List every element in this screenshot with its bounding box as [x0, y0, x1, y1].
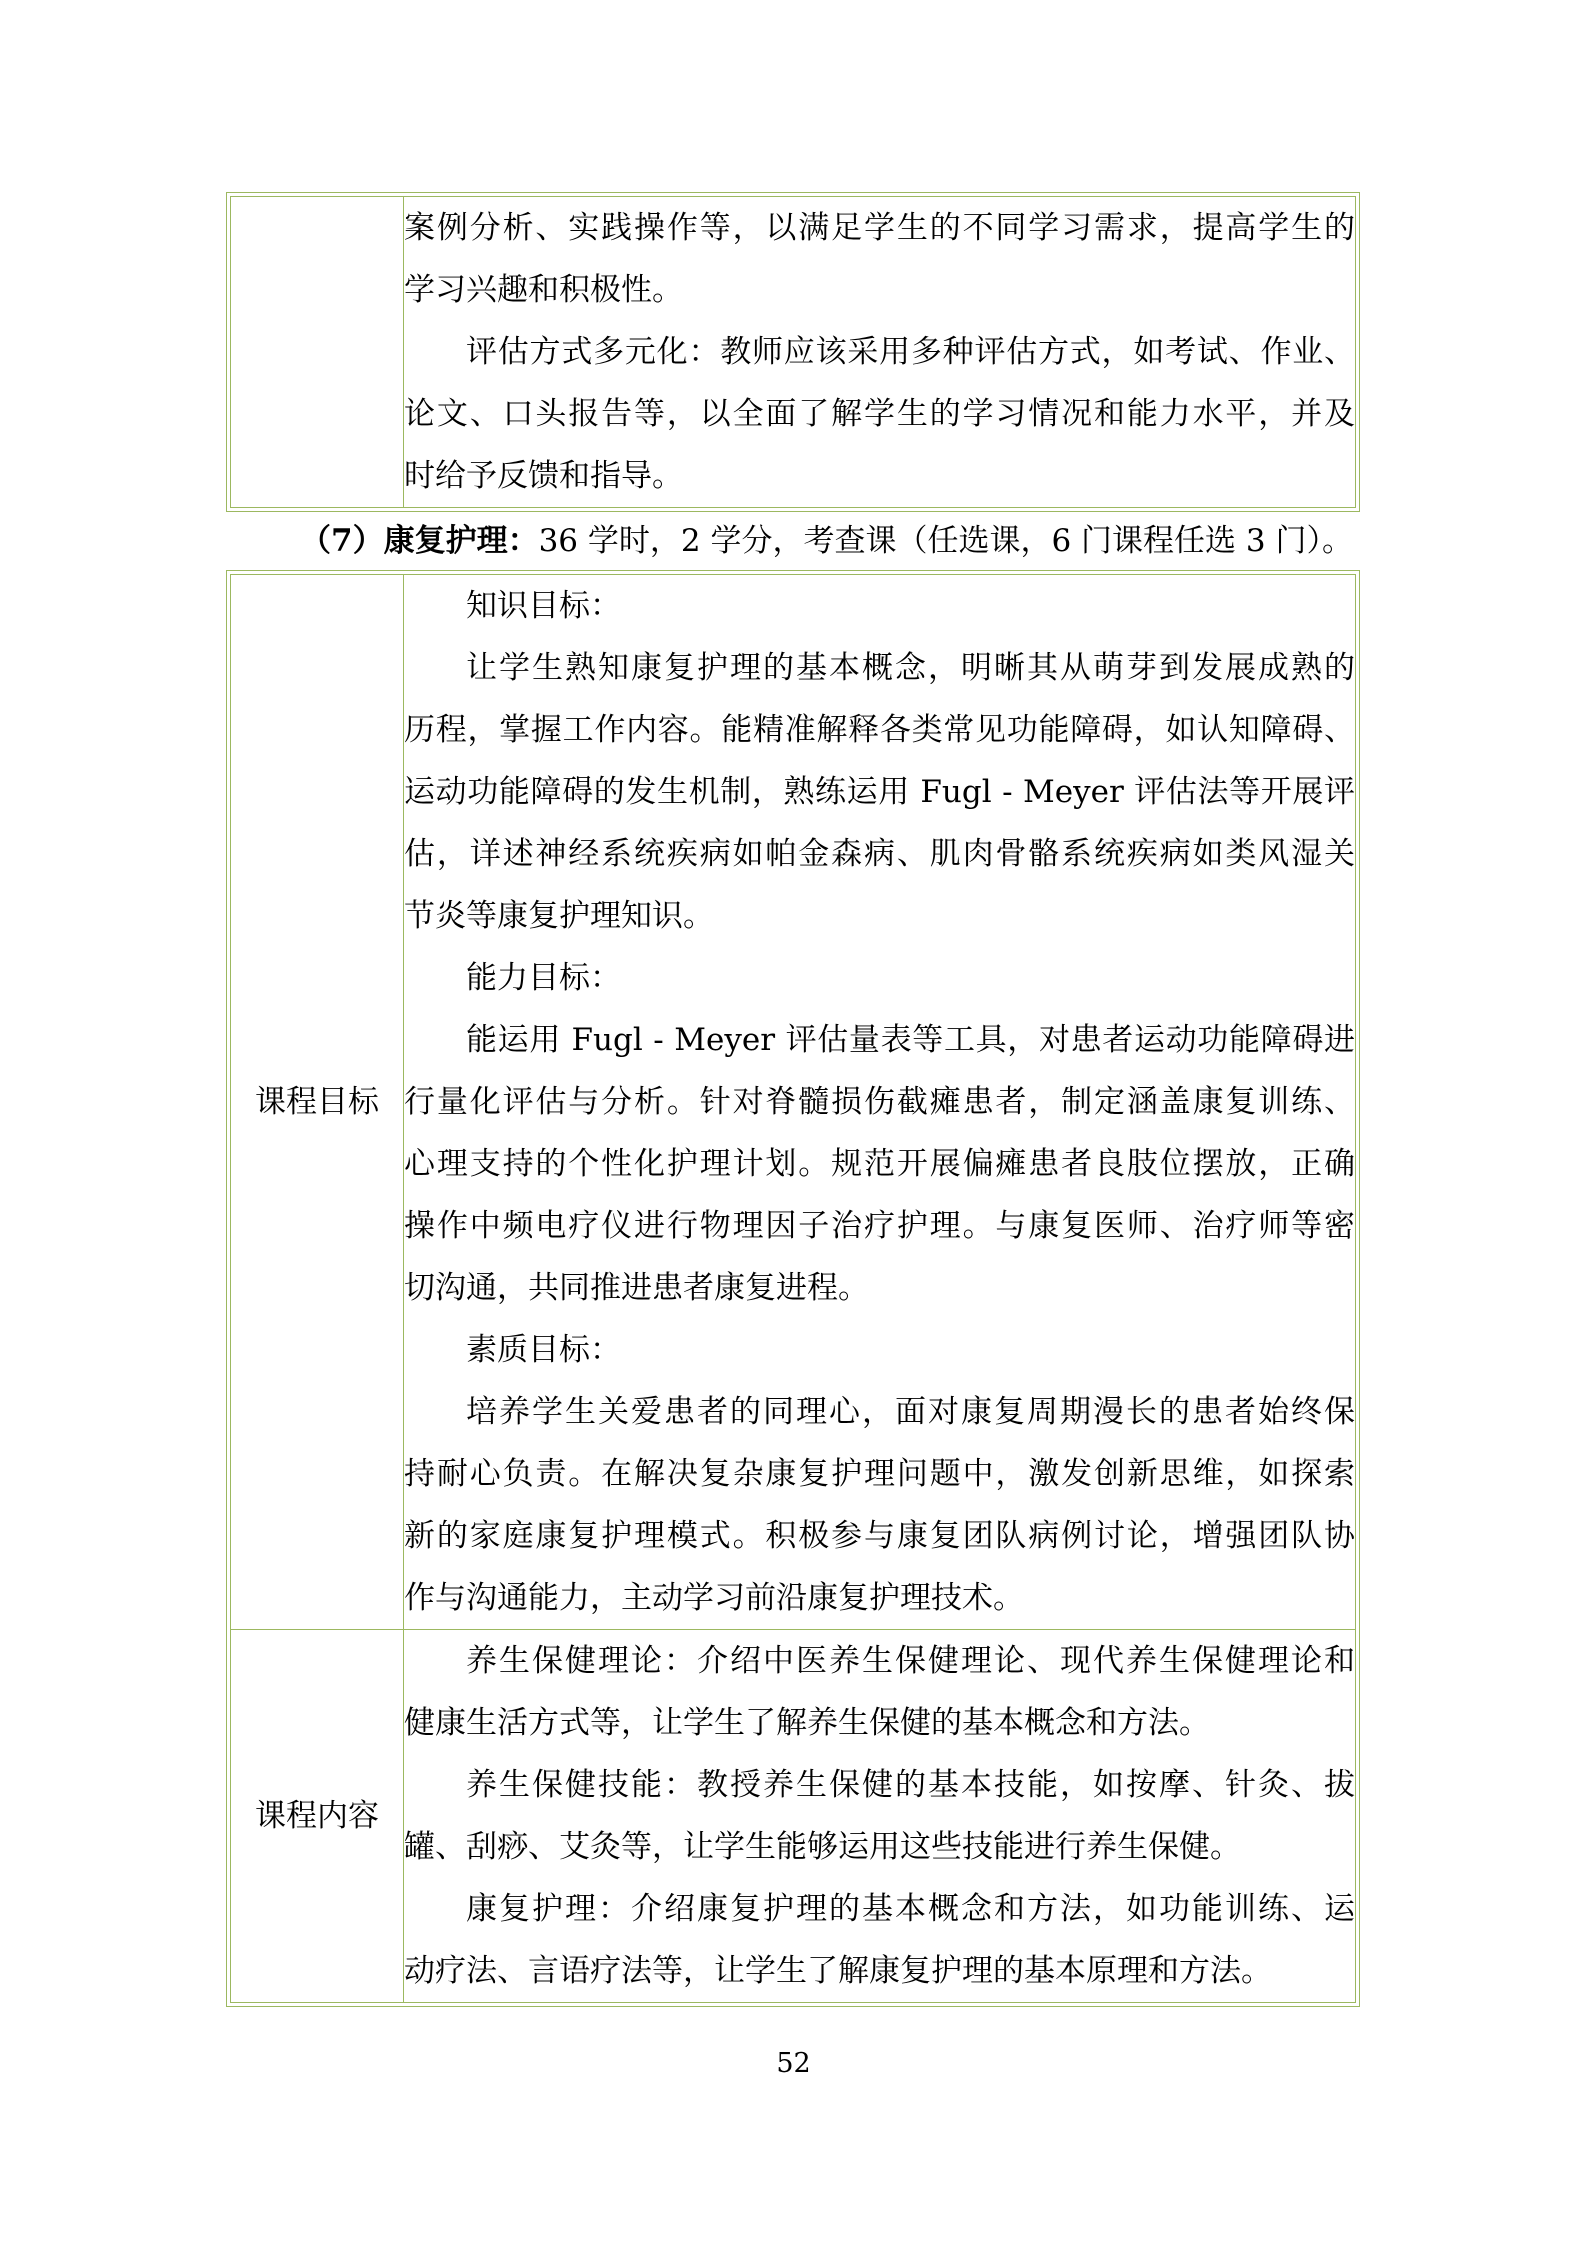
- text-line: 养生保健理论：介绍中医养生保健理论、现代养生保健理论和: [404, 1630, 1355, 1692]
- text-line: 作与沟通能力，主动学习前沿康复护理技术。: [404, 1567, 1355, 1629]
- text-line: 历程，掌握工作内容。能精准解释各类常见功能障碍，如认知障碍、: [404, 699, 1355, 761]
- row-label-course-objectives: 课程目标: [231, 575, 404, 1630]
- text-line: 运动功能障碍的发生机制，熟练运用 Fugl - Meyer 评估法等开展评: [404, 761, 1355, 823]
- row-label-course-content: 课程内容: [231, 1630, 404, 2003]
- text-line: 动疗法、言语疗法等，让学生了解康复护理的基本原理和方法。: [404, 1940, 1355, 2002]
- section-heading-rest: 36 学时，2 学分，考查课（任选课，6 门课程任选 3 门）。: [539, 523, 1353, 559]
- text-line: 论文、口头报告等，以全面了解学生的学习情况和能力水平，并及: [404, 383, 1355, 445]
- cell-course-objectives-text: 知识目标： 让学生熟知康复护理的基本概念，明晰其从萌芽到发展成熟的 历程，掌握工…: [404, 575, 1356, 1630]
- text-line: 知识目标：: [404, 575, 1355, 637]
- cell-teaching-evaluation-text: 案例分析、实践操作等，以满足学生的不同学习需求，提高学生的 学习兴趣和积极性。 …: [404, 197, 1356, 508]
- text-line: 素质目标：: [404, 1319, 1355, 1381]
- cell-course-content-text: 养生保健理论：介绍中医养生保健理论、现代养生保健理论和 健康生活方式等，让学生了…: [404, 1630, 1356, 2003]
- text-line: 持耐心负责。在解决复杂康复护理问题中，激发创新思维，如探索: [404, 1443, 1355, 1505]
- text-line: 案例分析、实践操作等，以满足学生的不同学习需求，提高学生的: [404, 197, 1355, 259]
- text-line: 心理支持的个性化护理计划。规范开展偏瘫患者良肢位摆放，正确: [404, 1133, 1355, 1195]
- document-page: 案例分析、实践操作等，以满足学生的不同学习需求，提高学生的 学习兴趣和积极性。 …: [0, 0, 1587, 2245]
- table-row: 案例分析、实践操作等，以满足学生的不同学习需求，提高学生的 学习兴趣和积极性。 …: [231, 197, 1356, 508]
- document-content: 案例分析、实践操作等，以满足学生的不同学习需求，提高学生的 学习兴趣和积极性。 …: [226, 0, 1360, 2007]
- text-line: 能力目标：: [404, 947, 1355, 1009]
- page-number: 52: [0, 2047, 1587, 2081]
- text-line: 学习兴趣和积极性。: [404, 259, 1355, 321]
- text-line: 养生保健技能：教授养生保健的基本技能，如按摩、针灸、拔: [404, 1754, 1355, 1816]
- text-line: 时给予反馈和指导。: [404, 445, 1355, 507]
- text-line: 新的家庭康复护理模式。积极参与康复团队病例讨论，增强团队协: [404, 1505, 1355, 1567]
- text-line: 切沟通，共同推进患者康复进程。: [404, 1257, 1355, 1319]
- text-line: 估，详述神经系统疾病如帕金森病、肌肉骨骼系统疾病如类风湿关: [404, 823, 1355, 885]
- text-line: 培养学生关爱患者的同理心，面对康复周期漫长的患者始终保: [404, 1381, 1355, 1443]
- section-heading-bold: （7）康复护理：: [300, 523, 539, 559]
- text-line: 罐、刮痧、艾灸等，让学生能够运用这些技能进行养生保健。: [404, 1816, 1355, 1878]
- table-row: 课程目标 知识目标： 让学生熟知康复护理的基本概念，明晰其从萌芽到发展成熟的 历…: [231, 575, 1356, 1630]
- text-line: 让学生熟知康复护理的基本概念，明晰其从萌芽到发展成熟的: [404, 637, 1355, 699]
- text-line: 评估方式多元化：教师应该采用多种评估方式，如考试、作业、: [404, 321, 1355, 383]
- section-heading: （7）康复护理：36 学时，2 学分，考查课（任选课，6 门课程任选 3 门）。: [226, 512, 1360, 570]
- table-row: 课程内容 养生保健理论：介绍中医养生保健理论、现代养生保健理论和 健康生活方式等…: [231, 1630, 1356, 2003]
- table-course-info: 课程目标 知识目标： 让学生熟知康复护理的基本概念，明晰其从萌芽到发展成熟的 历…: [226, 570, 1360, 2007]
- text-line: 操作中频电疗仪进行物理因子治疗护理。与康复医师、治疗师等密: [404, 1195, 1355, 1257]
- text-line: 能运用 Fugl - Meyer 评估量表等工具，对患者运动功能障碍进: [404, 1009, 1355, 1071]
- text-line: 健康生活方式等，让学生了解养生保健的基本概念和方法。: [404, 1692, 1355, 1754]
- table-continued: 案例分析、实践操作等，以满足学生的不同学习需求，提高学生的 学习兴趣和积极性。 …: [226, 192, 1360, 512]
- text-line: 节炎等康复护理知识。: [404, 885, 1355, 947]
- row-label-empty: [231, 197, 404, 508]
- text-line: 行量化评估与分析。针对脊髓损伤截瘫患者，制定涵盖康复训练、: [404, 1071, 1355, 1133]
- text-line: 康复护理：介绍康复护理的基本概念和方法，如功能训练、运: [404, 1878, 1355, 1940]
